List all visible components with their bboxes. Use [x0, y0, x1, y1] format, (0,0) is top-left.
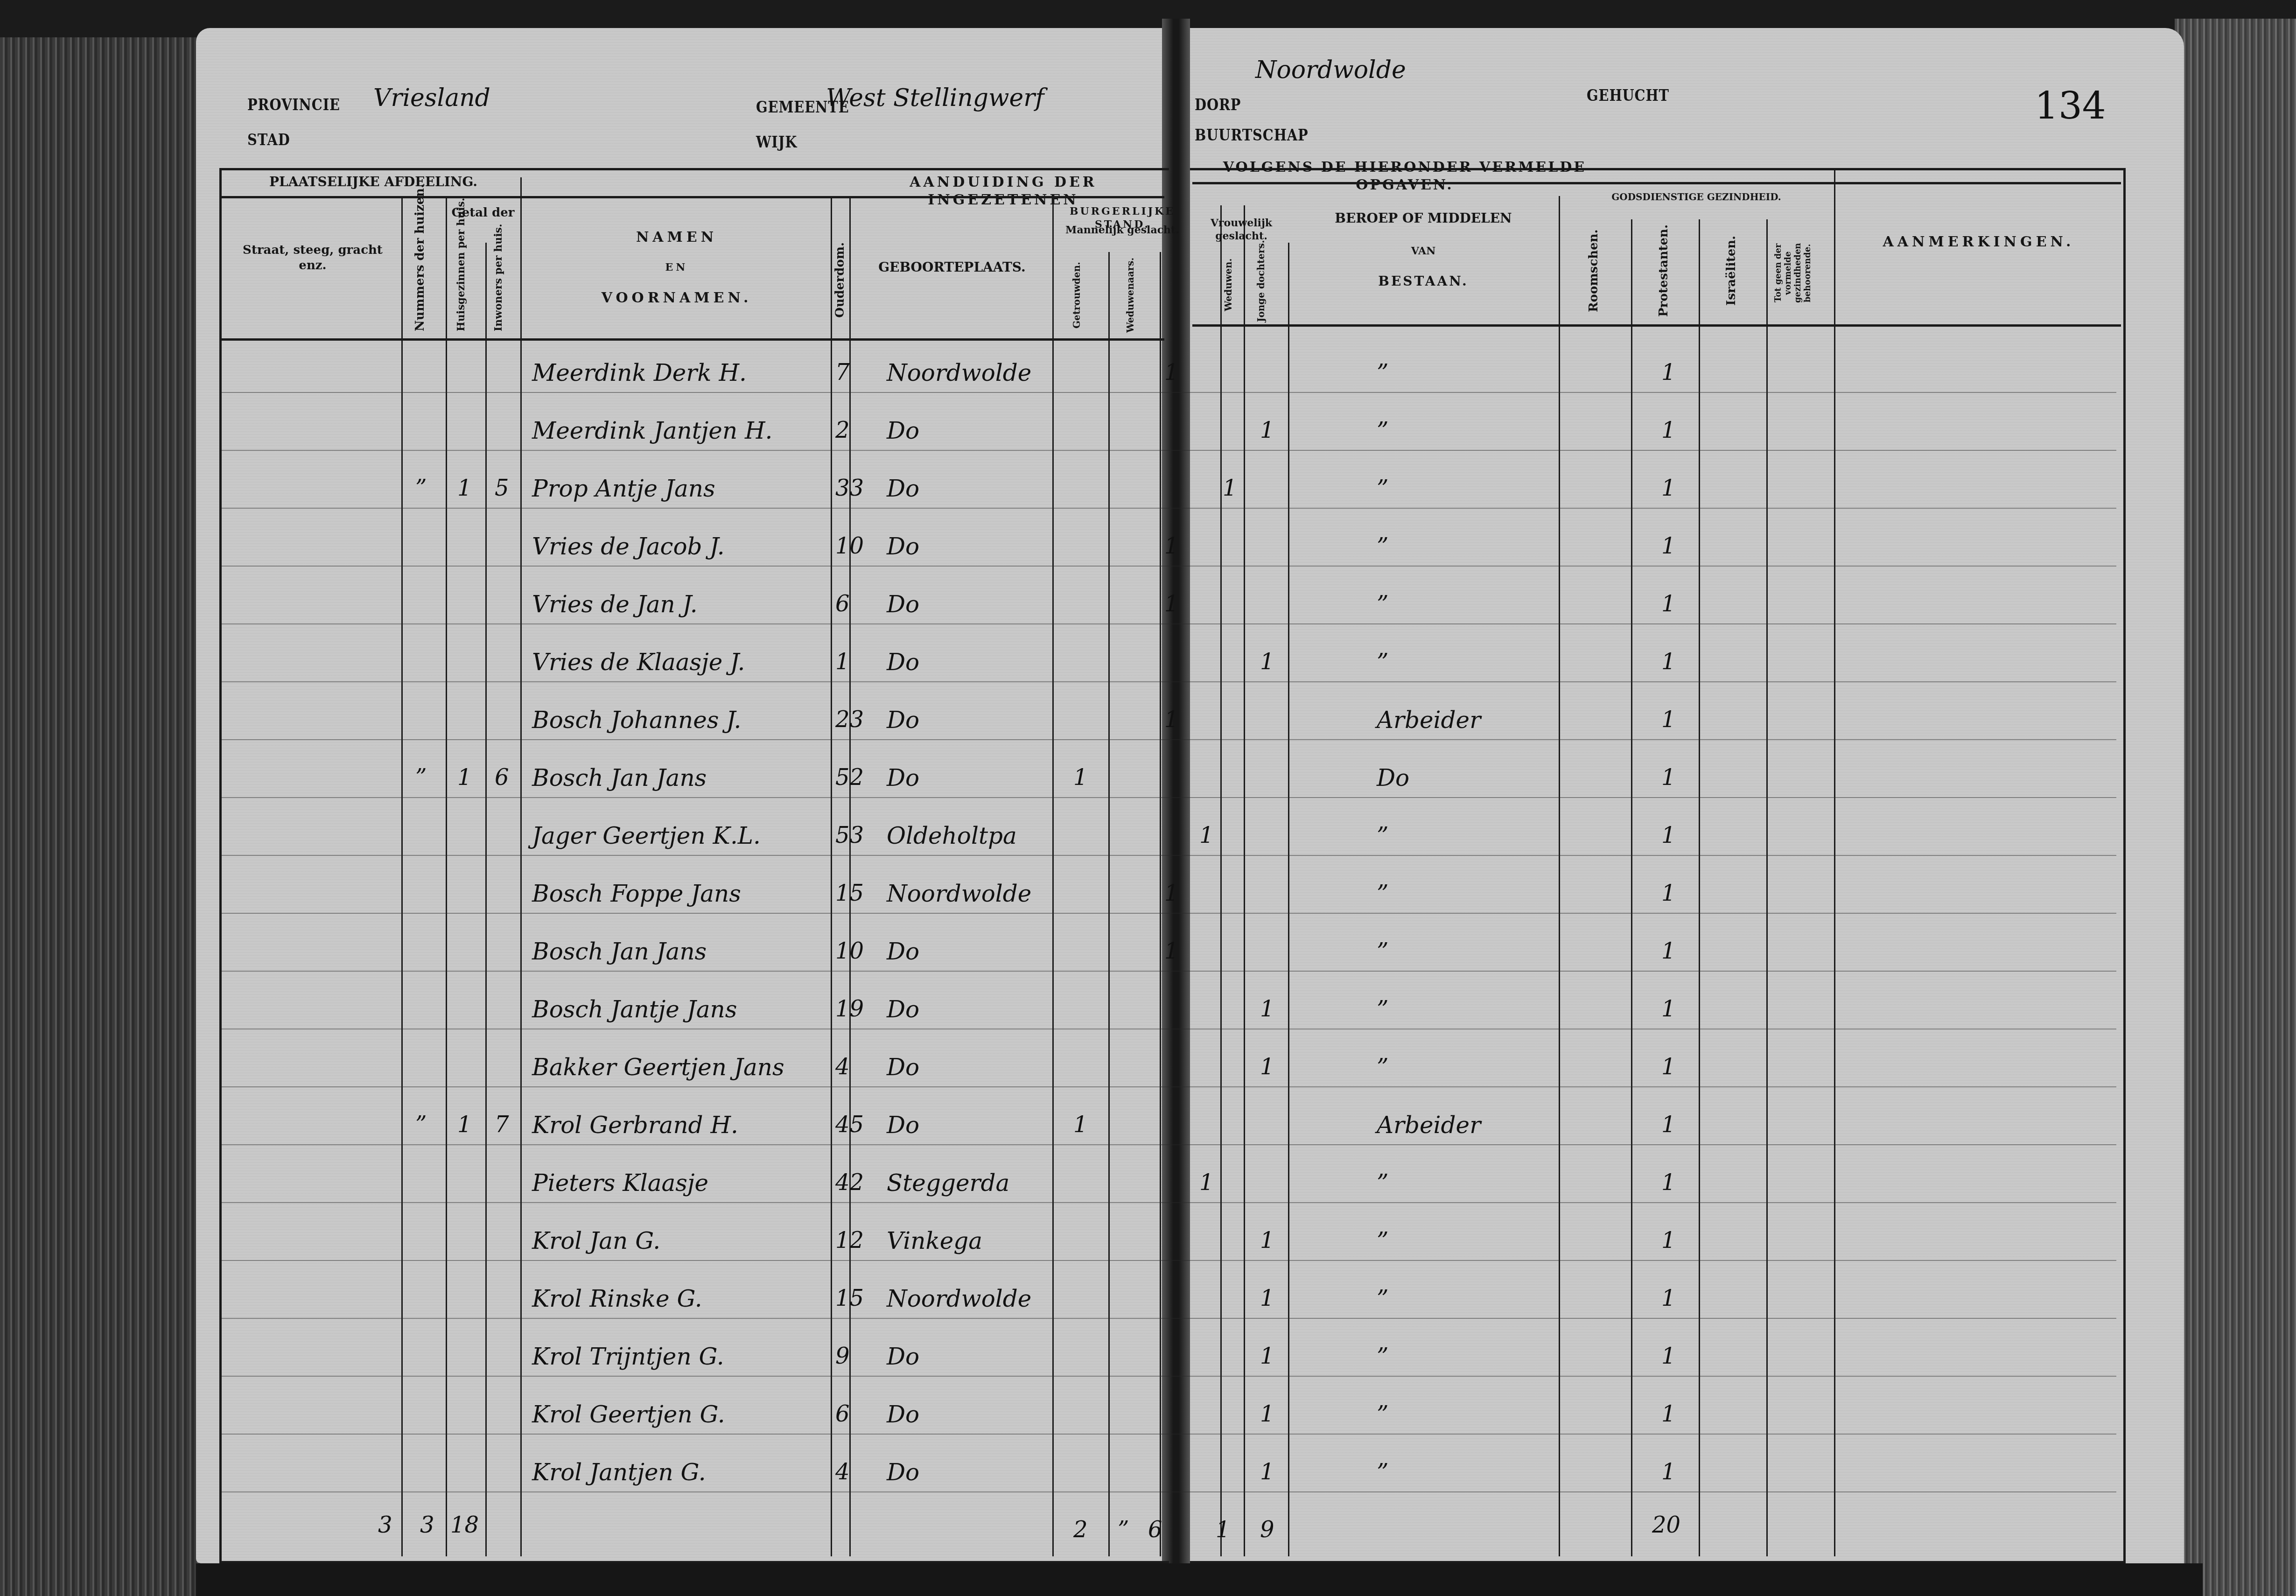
- provincie-value: Vriesland: [373, 84, 490, 112]
- row-geboorteplaats: Do: [887, 417, 919, 444]
- row-naam: Krol Jantjen G.: [532, 1459, 706, 1486]
- row-naam: Krol Geertjen G.: [532, 1401, 725, 1428]
- row-huis: ”: [415, 475, 427, 501]
- row-naam: Vries de Jan J.: [532, 591, 698, 618]
- row-ruling: [222, 797, 2116, 798]
- getrouwden-m-header: Getrouwden.: [1071, 254, 1082, 336]
- row-protestanten: 1: [1661, 533, 1676, 559]
- row-ouderdom: 6: [835, 591, 850, 617]
- row-protestanten: 1: [1661, 996, 1676, 1022]
- row-naam: Krol Rinske G.: [532, 1285, 702, 1312]
- geen-gezindheid-header: Tot geen der vormelde gezindheden behoor…: [1773, 224, 1829, 322]
- row-geboorteplaats: Vinkega: [887, 1227, 982, 1254]
- row-geboorteplaats: Steggerda: [887, 1169, 1009, 1197]
- row-ruling: [222, 566, 2116, 567]
- row-beroep: ”: [1377, 417, 1389, 444]
- mannelijk-header: Mannelijk geslacht.: [1055, 224, 1190, 237]
- row-ouderdom: 52: [835, 764, 864, 791]
- row-ruling: [222, 913, 2116, 914]
- banner-divider: [222, 196, 1164, 198]
- total-weduwen: 1: [1216, 1517, 1230, 1543]
- aanmerkingen-header: AANMERKINGEN.: [1839, 233, 2119, 251]
- row-wv: 1: [1223, 475, 1237, 501]
- row-ouderdom: 45: [835, 1112, 864, 1138]
- beroep-header-1: BEROEP OF MIDDELEN: [1293, 210, 1554, 226]
- row-ruling: [222, 1434, 2116, 1435]
- row-jd: 1: [1260, 1285, 1274, 1311]
- row-naam: Prop Antje Jans: [532, 475, 715, 502]
- header-bottom-rule-right: [1192, 324, 2121, 327]
- row-protestanten: 1: [1661, 1343, 1676, 1369]
- row-naam: Bakker Geertjen Jans: [532, 1054, 784, 1081]
- banner-right: VOLGENS DE HIERONDER VERMELDE OPGAVEN.: [1195, 159, 1615, 194]
- row-ruling: [222, 1029, 2116, 1029]
- row-protestanten: 1: [1661, 1459, 1676, 1485]
- row-beroep: ”: [1377, 1343, 1389, 1370]
- row-ruling: [222, 1086, 2116, 1087]
- row-jm: 1: [1164, 533, 1179, 559]
- row-protestanten: 1: [1661, 880, 1676, 906]
- row-naam: Krol Jan G.: [532, 1227, 660, 1254]
- row-beroep: ”: [1377, 649, 1389, 676]
- weduwen-header: Weduwen.: [1223, 247, 1234, 322]
- row-ouderdom: 10: [835, 938, 864, 964]
- row-beroep: ”: [1377, 1285, 1389, 1312]
- row-ruling: [222, 623, 2116, 624]
- dorp-label: DORP: [1195, 96, 1241, 114]
- row-ouderdom: 9: [835, 1343, 850, 1369]
- row-ruling: [222, 1260, 2116, 1261]
- row-ruling: [222, 681, 2116, 682]
- total-huisgezinnen: 3: [420, 1512, 434, 1538]
- geboorteplaats-header: GEBOORTEPLAATS.: [854, 259, 1050, 275]
- row-naam: Krol Trijntjen G.: [532, 1343, 724, 1370]
- row-naam: Bosch Foppe Jans: [532, 880, 741, 907]
- row-beroep: ”: [1377, 1227, 1389, 1254]
- row-ruling: [222, 508, 2116, 509]
- stad-label: STAD: [247, 131, 290, 149]
- row-beroep: ”: [1377, 1459, 1389, 1486]
- row-ouderdom: 33: [835, 475, 864, 501]
- row-geboorteplaats: Do: [887, 533, 919, 560]
- header-bottom-rule-left: [222, 338, 1164, 341]
- row-protestanten: 1: [1661, 822, 1676, 848]
- row-naam: Bosch Jan Jans: [532, 938, 707, 965]
- provincie-label: PROVINCIE: [247, 96, 340, 114]
- namen-header: NAMEN: [560, 229, 793, 246]
- israelieten-header: Israëliten.: [1724, 224, 1738, 317]
- row-geboorteplaats: Do: [887, 649, 919, 676]
- row-ruling: [222, 1491, 2116, 1492]
- row-geboorteplaats: Noordwolde: [887, 880, 1031, 907]
- row-inwoners: 7: [495, 1112, 509, 1138]
- row-geboorteplaats: Do: [887, 1343, 919, 1370]
- total-huizen: 3: [378, 1512, 392, 1538]
- book-page-edges-right: [2175, 19, 2296, 1596]
- row-jd: 1: [1260, 1401, 1274, 1427]
- roomschen-header: Roomschen.: [1587, 224, 1601, 317]
- row-huis: ”: [415, 764, 427, 791]
- row-jm: 1: [1164, 359, 1179, 385]
- row-beroep: ”: [1377, 475, 1389, 502]
- row-ruling: [222, 739, 2116, 740]
- row-geboorteplaats: Oldeholtpa: [887, 822, 1017, 849]
- nummers-huizen-header: Nummers der huizen.: [413, 205, 427, 331]
- row-naam: Meerdink Jantjen H.: [532, 417, 773, 444]
- buurtschap-label: BUURTSCHAP: [1195, 126, 1309, 145]
- row-ruling: [222, 392, 2116, 393]
- protestanten-header: Protestanten.: [1657, 224, 1671, 317]
- row-ouderdom: 15: [835, 1285, 864, 1311]
- weduwenaars-header: Weduwenaars.: [1125, 254, 1136, 336]
- total-jonge-mannen: 6: [1148, 1517, 1162, 1543]
- row-beroep: Arbeider: [1377, 707, 1481, 734]
- row-ruling: [222, 450, 2116, 451]
- row-inwoners: 6: [495, 764, 509, 791]
- row-geboorteplaats: Do: [887, 475, 919, 502]
- total-protestanten: 20: [1652, 1512, 1680, 1538]
- row-ouderdom: 12: [835, 1227, 864, 1253]
- row-jd: 1: [1260, 417, 1274, 443]
- row-gezin: 1: [457, 475, 472, 501]
- row-geboorteplaats: Do: [887, 938, 919, 965]
- row-gm: 1: [1073, 1112, 1088, 1138]
- row-jm: 1: [1164, 591, 1179, 617]
- ouderdom-header: Ouderdom.: [833, 233, 847, 327]
- row-beroep: ”: [1377, 938, 1389, 965]
- row-geboorteplaats: Do: [887, 764, 919, 791]
- row-ouderdom: 4: [835, 1459, 850, 1485]
- row-naam: Meerdink Derk H.: [532, 359, 747, 386]
- gehucht-label: GEHUCHT: [1587, 86, 1669, 105]
- total-inwoners: 18: [450, 1512, 479, 1538]
- row-ruling: [222, 971, 2116, 972]
- row-ouderdom: 19: [835, 996, 864, 1022]
- beroep-header-2: VAN: [1293, 245, 1554, 258]
- row-ouderdom: 1: [835, 649, 850, 675]
- row-jd: 1: [1260, 1227, 1274, 1253]
- row-naam: Pieters Klaasje: [532, 1169, 708, 1197]
- row-geboorteplaats: Do: [887, 591, 919, 618]
- row-ruling: [222, 1202, 2116, 1203]
- row-ouderdom: 4: [835, 1054, 850, 1080]
- row-beroep: ”: [1377, 996, 1389, 1023]
- row-protestanten: 1: [1661, 1401, 1676, 1427]
- row-geboorteplaats: Do: [887, 1054, 919, 1081]
- page-number: 134: [2035, 84, 2106, 127]
- row-naam: Vries de Jacob J.: [532, 533, 725, 560]
- voornamen-header: VOORNAMEN.: [560, 289, 793, 307]
- row-naam: Vries de Klaasje J.: [532, 649, 745, 676]
- row-naam: Krol Gerbrand H.: [532, 1112, 738, 1139]
- row-huis: ”: [415, 1112, 427, 1138]
- row-jm: 1: [1164, 707, 1179, 733]
- row-beroep: ”: [1377, 880, 1389, 907]
- row-ouderdom: 10: [835, 533, 864, 559]
- straat-header: Straat, steeg, gracht enz.: [233, 243, 392, 273]
- row-protestanten: 1: [1661, 359, 1676, 385]
- row-ruling: [222, 1318, 2116, 1319]
- book-page-edges-left: [0, 37, 219, 1596]
- beroep-header-3: BESTAAN.: [1293, 273, 1554, 289]
- row-naam: Bosch Johannes J.: [532, 707, 741, 734]
- total-jonge-dochters: 9: [1260, 1517, 1274, 1543]
- total-weduwenaars: ”: [1118, 1517, 1129, 1543]
- row-beroep: Arbeider: [1377, 1112, 1481, 1139]
- row-ouderdom: 6: [835, 1401, 850, 1427]
- row-beroep: ”: [1377, 1169, 1389, 1197]
- row-geboorteplaats: Do: [887, 1459, 919, 1486]
- row-beroep: ”: [1377, 359, 1389, 386]
- row-beroep: ”: [1377, 822, 1389, 849]
- row-beroep: ”: [1377, 533, 1389, 560]
- row-ouderdom: 2: [835, 417, 850, 443]
- row-inwoners: 5: [495, 475, 509, 501]
- gemeente-value: West Stellingwerf: [826, 84, 1044, 112]
- row-jm: 1: [1164, 938, 1179, 964]
- row-protestanten: 1: [1661, 475, 1676, 501]
- row-ouderdom: 15: [835, 880, 864, 906]
- row-jd: 1: [1260, 1054, 1274, 1080]
- row-protestanten: 1: [1661, 1227, 1676, 1253]
- row-ruling: [222, 1376, 2116, 1377]
- table-frame-right: [1190, 168, 2126, 1563]
- row-gv: 1: [1199, 1169, 1214, 1196]
- row-naam: Jager Geertjen K.L.: [532, 822, 761, 849]
- row-geboorteplaats: Do: [887, 1112, 919, 1139]
- row-ruling: [222, 1144, 2116, 1145]
- banner-divider-right: [1192, 182, 2121, 184]
- row-jd: 1: [1260, 1343, 1274, 1369]
- row-ouderdom: 53: [835, 822, 864, 848]
- row-gm: 1: [1073, 764, 1088, 791]
- row-geboorteplaats: Noordwolde: [887, 1285, 1031, 1312]
- row-jd: 1: [1260, 1459, 1274, 1485]
- inwoners-header: Inwoners per huis.: [492, 247, 504, 331]
- dorp-value: Noordwolde: [1255, 56, 1406, 84]
- row-protestanten: 1: [1661, 707, 1676, 733]
- jonge-dochters-header: Jonge dochters.: [1255, 247, 1267, 322]
- row-jd: 1: [1260, 996, 1274, 1022]
- row-ouderdom: 23: [835, 707, 864, 733]
- row-geboorteplaats: Do: [887, 996, 919, 1023]
- row-ouderdom: 7: [835, 359, 850, 385]
- row-protestanten: 1: [1661, 1054, 1676, 1080]
- plaatselijke-afdeeling-header: PLAATSELIJKE AFDEELING.: [257, 174, 490, 190]
- total-getrouwden-m: 2: [1073, 1517, 1088, 1543]
- book-bottom-shadow: [196, 1563, 2203, 1596]
- huisgezinnen-header: Huisgezinnen per huis.: [455, 247, 467, 331]
- row-protestanten: 1: [1661, 764, 1676, 791]
- row-naam: Bosch Jantje Jans: [532, 996, 737, 1023]
- row-protestanten: 1: [1661, 417, 1676, 443]
- row-naam: Bosch Jan Jans: [532, 764, 707, 791]
- row-geboorteplaats: Do: [887, 1401, 919, 1428]
- row-beroep: ”: [1377, 1054, 1389, 1081]
- row-beroep: ”: [1377, 1401, 1389, 1428]
- vrouwelijk-header: Vrouwelijk geslacht.: [1195, 217, 1288, 243]
- row-beroep: Do: [1377, 764, 1409, 791]
- godsdienstige-header: GODSDIENSTIGE GEZINDHEID.: [1561, 191, 1832, 203]
- banner-left: AANDUIDING DER INGEZETENEN: [840, 174, 1167, 209]
- row-protestanten: 1: [1661, 1285, 1676, 1311]
- row-ouderdom: 42: [835, 1169, 864, 1196]
- row-protestanten: 1: [1661, 938, 1676, 964]
- row-geboorteplaats: Noordwolde: [887, 359, 1031, 386]
- row-ruling: [222, 855, 2116, 856]
- row-protestanten: 1: [1661, 591, 1676, 617]
- wijk-label: WIJK: [756, 133, 797, 152]
- row-jd: 1: [1260, 649, 1274, 675]
- row-protestanten: 1: [1661, 1112, 1676, 1138]
- row-jm: 1: [1164, 880, 1179, 906]
- row-geboorteplaats: Do: [887, 707, 919, 734]
- row-beroep: ”: [1377, 591, 1389, 618]
- row-protestanten: 1: [1661, 649, 1676, 675]
- row-gezin: 1: [457, 764, 472, 791]
- row-gv: 1: [1199, 822, 1214, 848]
- row-protestanten: 1: [1661, 1169, 1676, 1196]
- en-header: EN: [560, 261, 793, 274]
- row-gezin: 1: [457, 1112, 472, 1138]
